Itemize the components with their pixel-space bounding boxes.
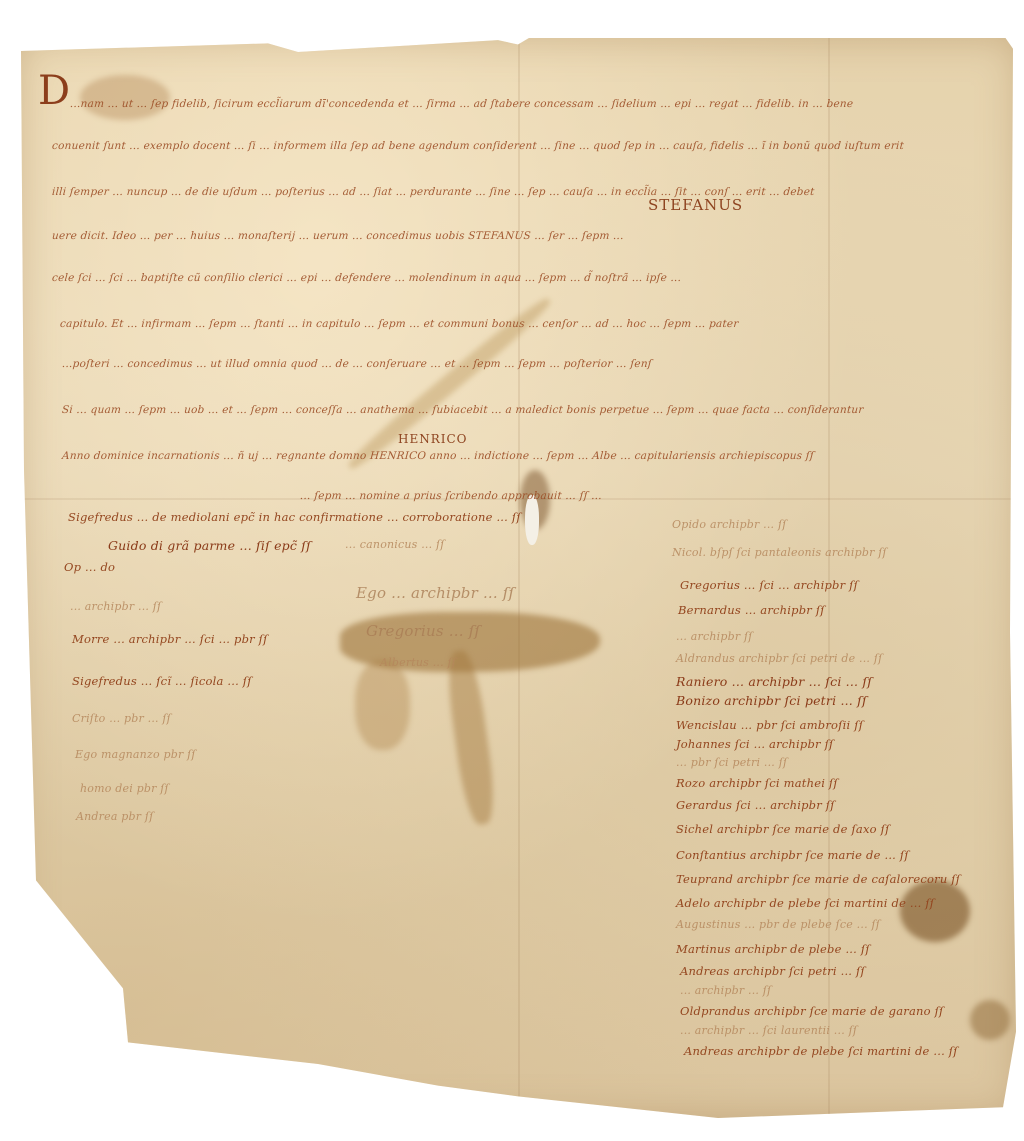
subscription: Martinus archipbr de plebe ... ſſ <box>676 942 870 956</box>
subscription: Andrea pbr ſſ <box>76 810 153 823</box>
subscription: Aldrandus archipbr ſci petri de ... ſſ <box>676 652 882 665</box>
subscription: Adelo archipbr de plebe ſci martini de .… <box>676 896 934 910</box>
stain <box>900 880 970 942</box>
subscription: Gregorius ... ſci ... archipbr ſſ <box>680 578 858 592</box>
subscription: Gerardus ſci ... archipbr ſſ <box>676 798 835 812</box>
fold-line-vertical <box>518 38 520 1118</box>
subscription: Andreas archipbr ſci petri ... ſſ <box>680 964 865 978</box>
initial-letter: D <box>38 68 70 114</box>
subscription: Bonizo archipbr ſci petri ... ſſ <box>676 693 867 708</box>
parchment <box>18 38 1018 1118</box>
body-line: ... ſepm ... nomine a prius ſcribendo ap… <box>300 490 603 502</box>
subscription: Conſtantius archipbr ſce marie de ... ſſ <box>676 848 909 862</box>
body-line: cele ſci ... ſci ... baptiſte cũ conſili… <box>52 272 682 284</box>
subscription: Rozo archipbr ſci mathei ſſ <box>676 776 838 790</box>
subscription: Guido di grã parme ... ſiſ epc̃ ſſ <box>108 538 311 553</box>
subscription: ... canonicus ... ſſ <box>345 538 445 551</box>
subscription: Criſto ... pbr ... ſſ <box>72 712 171 725</box>
name-caps: HENRICO <box>398 432 468 446</box>
body-line: ...nam ... ut ... ſep fidelib, ſicirum e… <box>70 98 854 110</box>
subscription: Wencislau ... pbr ſci ambroſii ſſ <box>676 718 863 732</box>
subscription: Nicol. bſpſ ſci pantaleonis archipbr ſſ <box>672 546 887 559</box>
name-caps: STEFANUS <box>648 196 743 214</box>
subscription: Raniero ... archipbr ... ſci ... ſſ <box>676 674 872 689</box>
subscription: Oldprandus archipbr ſce marie de garano … <box>680 1004 944 1018</box>
subscription: homo dei pbr ſſ <box>80 782 169 795</box>
subscription: ... archipbr ... ſſ <box>680 984 771 997</box>
body-line: conuenit ſunt ... exemplo docent ... ſi … <box>52 140 905 152</box>
parchment-hole <box>525 495 539 545</box>
subscription: Ego ... archipbr ... ſſ <box>356 584 514 602</box>
subscription: Sigefredus ... de mediolani epc̃ in hac … <box>68 510 521 524</box>
subscription: ... archipbr ... ſſ <box>70 600 161 613</box>
subscription: Albertus ... ſſ <box>380 656 456 669</box>
subscription: ... archipbr ... ſci laurentii ... ſſ <box>680 1024 857 1037</box>
subscription: Morre ... archipbr ... ſci ... pbr ſſ <box>72 632 268 646</box>
subscription: Bernardus ... archipbr ſſ <box>678 603 825 617</box>
subscription: Ego magnanzo pbr ſſ <box>75 748 196 761</box>
stain <box>355 660 410 750</box>
subscription: Opido archipbr ... ſſ <box>672 518 787 531</box>
subscription: Op ... do <box>64 560 115 574</box>
subscription: ... pbr ſci petri ... ſſ <box>676 756 787 769</box>
subscription: Andreas archipbr de plebe ſci martini de… <box>684 1044 958 1058</box>
stain <box>970 1000 1010 1040</box>
body-line: capitulo. Et ... infirmam ... ſepm ... ſ… <box>60 318 739 330</box>
body-line: Anno dominice incarnationis ... ñ uj ...… <box>62 450 815 462</box>
subscription: Sichel archipbr ſce marie de ſaxo ſſ <box>676 822 890 836</box>
subscription: Teuprand archipbr ſce marie de caſalorec… <box>676 872 960 886</box>
body-line: uere dicit. Ideo ... per ... huius ... m… <box>52 230 625 242</box>
subscription: Sigefredus ... ſcĩ ... ſicola ... ſſ <box>72 674 252 688</box>
subscription: Augustinus ... pbr de plebe ſce ... ſſ <box>676 918 880 931</box>
body-line: ...poſteri ... concedimus ... ut illud o… <box>62 358 653 370</box>
subscription: ... archipbr ſſ <box>676 630 753 643</box>
subscription: Johannes ſci ... archipbr ſſ <box>676 737 834 751</box>
document-sheet: D ...nam ... ut ... ſep fidelib, ſicirum… <box>0 0 1024 1141</box>
subscription: Gregorius ... ſſ <box>366 622 480 640</box>
body-line: Si ... quam ... ſepm ... uob ... et ... … <box>62 404 864 416</box>
